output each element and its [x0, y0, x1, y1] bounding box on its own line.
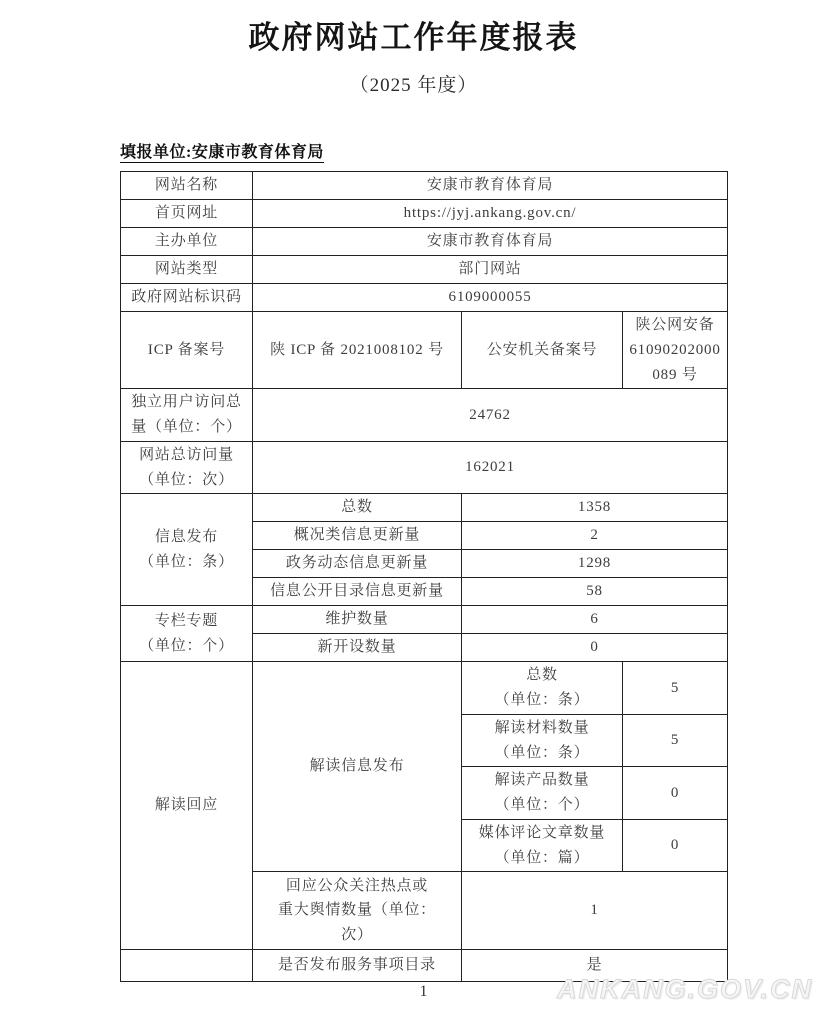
report-table: 网站名称 安康市教育体育局 首页网址 https://jyj.ankang.go… — [120, 171, 728, 982]
sub-label-cell: 概况类信息更新量 — [253, 522, 462, 550]
value-cell: 5 — [623, 662, 728, 715]
sub-label-cell: 总数 — [253, 494, 462, 522]
reporting-unit: 填报单位:安康市教育体育局 — [120, 139, 324, 162]
label-cell: 主办单位 — [121, 228, 253, 256]
row-total-visits: 网站总访问量 （单位：次） 162021 — [121, 441, 728, 494]
value-cell: 安康市教育体育局 — [253, 228, 728, 256]
sub-label-cell: 维护数量 — [253, 606, 462, 634]
icp-value-cell: 陕 ICP 备 2021008102 号 — [253, 312, 462, 389]
sub-label-cell: 是否发布服务事项目录 — [253, 950, 462, 982]
page-title: 政府网站工作年度报表 — [0, 12, 827, 57]
row-icp-filing: ICP 备案号 陕 ICP 备 2021008102 号 公安机关备案号 陕公网… — [121, 312, 728, 389]
sub-label-cell: 解读产品数量 （单位：个） — [462, 767, 623, 820]
value-cell: 0 — [623, 819, 728, 872]
homepage-url-value-cell: https://jyj.ankang.gov.cn/ — [253, 200, 728, 228]
interpretation-subgroup-cell: 解读信息发布 — [253, 662, 462, 872]
value-cell: 0 — [462, 634, 728, 662]
label-cell: 独立用户访问总 量（单位：个） — [121, 389, 253, 442]
empty-cell — [121, 950, 253, 982]
label-cell: 网站名称 — [121, 172, 253, 200]
label-cell: 政府网站标识码 — [121, 284, 253, 312]
watermark: ANKANG.GOV.CN — [557, 974, 813, 1005]
value-cell: 5 — [623, 714, 728, 767]
sub-label-cell: 解读材料数量 （单位：条） — [462, 714, 623, 767]
reporting-unit-text: 填报单位:安康市教育体育局 — [120, 144, 324, 163]
value-cell: 58 — [462, 578, 728, 606]
row-info-total: 信息发布 （单位：条） 总数 1358 — [121, 494, 728, 522]
icp-label-cell: ICP 备案号 — [121, 312, 253, 389]
value-cell: 1298 — [462, 550, 728, 578]
interpretation-group-cell: 解读回应 — [121, 662, 253, 950]
row-host-unit: 主办单位 安康市教育体育局 — [121, 228, 728, 256]
row-website-type: 网站类型 部门网站 — [121, 256, 728, 284]
value-cell: 6 — [462, 606, 728, 634]
value-cell: 24762 — [253, 389, 728, 442]
row-columns-maintained: 专栏专题 （单位：个） 维护数量 6 — [121, 606, 728, 634]
value-cell: 6109000055 — [253, 284, 728, 312]
row-website-name: 网站名称 安康市教育体育局 — [121, 172, 728, 200]
row-unique-visitors: 独立用户访问总 量（单位：个） 24762 — [121, 389, 728, 442]
sub-label-cell: 回应公众关注热点或 重大舆情数量（单位： 次） — [253, 872, 462, 950]
label-cell: 网站类型 — [121, 256, 253, 284]
row-site-id-code: 政府网站标识码 6109000055 — [121, 284, 728, 312]
info-publish-group-cell: 信息发布 （单位：条） — [121, 494, 253, 606]
label-cell: 网站总访问量 （单位：次） — [121, 441, 253, 494]
value-cell: 2 — [462, 522, 728, 550]
security-filing-value-cell: 陕公网安备 61090202000 089 号 — [623, 312, 728, 389]
sub-label-cell: 总数 （单位：条） — [462, 662, 623, 715]
page-subtitle: （2025 年度） — [0, 70, 827, 97]
row-interpretation-total: 解读回应 解读信息发布 总数 （单位：条） 5 — [121, 662, 728, 715]
sub-label-cell: 信息公开目录信息更新量 — [253, 578, 462, 606]
label-cell: 首页网址 — [121, 200, 253, 228]
value-cell: 1 — [462, 872, 728, 950]
value-cell: 0 — [623, 767, 728, 820]
value-cell: 1358 — [462, 494, 728, 522]
value-cell: 安康市教育体育局 — [253, 172, 728, 200]
row-homepage-url: 首页网址 https://jyj.ankang.gov.cn/ — [121, 200, 728, 228]
sub-label-cell: 媒体评论文章数量 （单位：篇） — [462, 819, 623, 872]
sub-label-cell: 新开设数量 — [253, 634, 462, 662]
value-cell: 162021 — [253, 441, 728, 494]
sub-label-cell: 政务动态信息更新量 — [253, 550, 462, 578]
value-cell: 部门网站 — [253, 256, 728, 284]
security-filing-label-cell: 公安机关备案号 — [462, 312, 623, 389]
special-columns-group-cell: 专栏专题 （单位：个） — [121, 606, 253, 662]
